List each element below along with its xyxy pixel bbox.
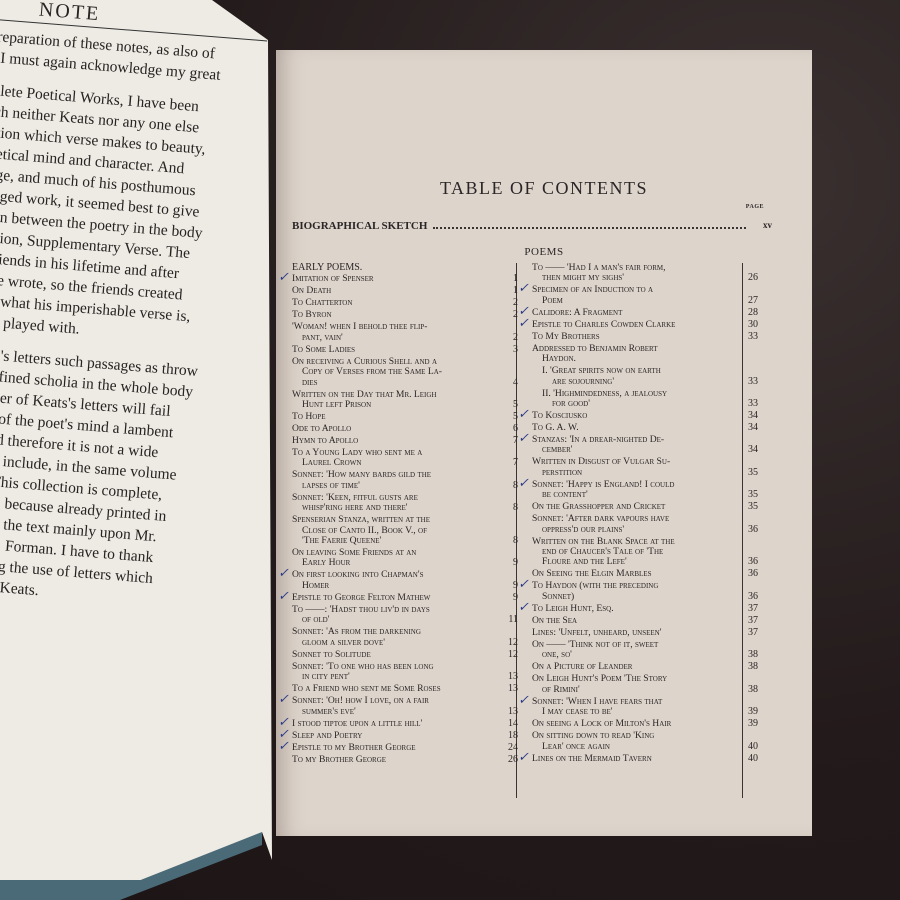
toc-entry-continuation: then might my sighs' xyxy=(532,273,732,283)
toc-entry: Ode to Apollo6 xyxy=(292,424,518,434)
handwritten-check-icon: ✓ xyxy=(518,695,529,705)
toc-entry-continuation: in city pent' xyxy=(292,672,492,682)
toc-entry: To My Brothers33 xyxy=(532,332,758,342)
table-of-contents: TABLE OF CONTENTS PAGE BIOGRAPHICAL SKET… xyxy=(276,50,812,836)
biographical-sketch-entry: BIOGRAPHICAL SKETCH xv xyxy=(292,220,752,232)
toc-entry-title: Hymn to Apollo xyxy=(292,436,492,446)
toc-entry-page-number: 36 xyxy=(748,569,758,579)
toc-entry: On sitting down to read 'KingLear' once … xyxy=(532,731,758,752)
toc-entry-title: EARLY POEMS. xyxy=(292,263,492,273)
toc-entry: ✓Sonnet: 'When I have fears thatI may ce… xyxy=(532,697,758,718)
toc-entry-continuation: I may cease to be' xyxy=(532,707,732,717)
toc-entry-title: On Seeing the Elgin Marbles xyxy=(532,569,732,579)
toc-entry: On leaving Some Friends at anEarly Hour9 xyxy=(292,548,518,569)
toc-entry-title: To Kosciusko xyxy=(532,411,732,421)
toc-entry-page-number: 12 xyxy=(508,650,518,660)
toc-entry: ✓To Haydon (with the precedingSonnet)36 xyxy=(532,581,758,602)
toc-entry-title: On the Sea xyxy=(532,616,732,626)
handwritten-check-icon: ✓ xyxy=(518,579,529,589)
toc-entry-page-number: 24 xyxy=(508,743,518,753)
toc-entry-page-number: 2 xyxy=(513,333,518,343)
toc-entry-title: Epistle to Charles Cowden Clarke xyxy=(532,320,732,330)
toc-entry-title: To G. A. W. xyxy=(532,423,732,433)
toc-entry-title: Epistle to my Brother George xyxy=(292,743,492,753)
handwritten-check-icon: ✓ xyxy=(518,409,529,419)
toc-entry: Sonnet: 'After dark vapours haveoppress'… xyxy=(532,514,758,535)
toc-entry: I. 'Great spirits now on earthare sojour… xyxy=(532,366,758,387)
toc-entry-continuation: lapses of time' xyxy=(292,481,492,491)
toc-entry-continuation: of old' xyxy=(292,615,492,625)
toc-entry-continuation: pant, vain' xyxy=(292,333,492,343)
toc-left-column: EARLY POEMS.✓Imitation of Spenser1On Dea… xyxy=(292,263,518,767)
toc-entry-title: To Some Ladies xyxy=(292,345,492,355)
toc-entry: ✓Sonnet: 'Oh! how I love, on a fairsumme… xyxy=(292,696,518,717)
toc-entry: ✓Imitation of Spenser1 xyxy=(292,274,518,284)
toc-entry-page-number: 39 xyxy=(748,719,758,729)
toc-entry: Addressed to Benjamin RobertHaydon. xyxy=(532,344,758,365)
toc-entry: To Hope5 xyxy=(292,412,518,422)
toc-entry: Written in Disgust of Vulgar Su-perstiti… xyxy=(532,457,758,478)
handwritten-check-icon: ✓ xyxy=(518,752,529,762)
toc-entry: Hymn to Apollo7 xyxy=(292,436,518,446)
toc-entry-continuation: Laurel Crown xyxy=(292,458,492,468)
toc-entry-page-number: 12 xyxy=(508,638,518,648)
toc-entry-title: I stood tiptoe upon a little hill' xyxy=(292,719,492,729)
toc-entry-title: On sitting down to read 'King xyxy=(532,731,732,741)
toc-entry-title: On the Grasshopper and Cricket xyxy=(532,502,732,512)
toc-entry-title: Sleep and Poetry xyxy=(292,731,492,741)
toc-section-heading: EARLY POEMS. xyxy=(292,263,518,273)
toc-entry-title: To a Friend who sent me Some Roses xyxy=(292,684,492,694)
toc-entry: To ——: 'Hadst thou liv'd in daysof old'1… xyxy=(292,605,518,626)
toc-entry-page-number: 8 xyxy=(513,503,518,513)
toc-entry: To a Friend who sent me Some Roses13 xyxy=(292,684,518,694)
toc-entry-page-number: 35 xyxy=(748,502,758,512)
toc-entry: To Byron2 xyxy=(292,310,518,320)
toc-entry-title: To my Brother George xyxy=(292,755,492,765)
toc-entry: Sonnet: 'How many bards gild thelapses o… xyxy=(292,470,518,491)
toc-entry-page-number: 36 xyxy=(748,525,758,535)
toc-entry: ✓Epistle to George Felton Mathew9 xyxy=(292,593,518,603)
toc-entry-page-number: 40 xyxy=(748,742,758,752)
toc-entry: II. 'Highmindedness, a jealousyfor good'… xyxy=(532,389,758,410)
handwritten-check-icon: ✓ xyxy=(278,591,289,601)
right-page: TABLE OF CONTENTS PAGE BIOGRAPHICAL SKET… xyxy=(276,50,812,836)
handwritten-check-icon: ✓ xyxy=(518,602,529,612)
poems-section-header: POEMS xyxy=(276,246,812,258)
toc-entry-page-number: 34 xyxy=(748,423,758,433)
toc-entry: ✓Epistle to my Brother George24 xyxy=(292,743,518,753)
toc-entry-page-number: 36 xyxy=(748,557,758,567)
toc-entry-page-number: 13 xyxy=(508,684,518,694)
toc-entry-continuation: are sojourning' xyxy=(542,377,732,387)
handwritten-check-icon: ✓ xyxy=(518,318,529,328)
toc-entry-title: Lines on the Mermaid Tavern xyxy=(532,754,732,764)
toc-entry: To Chatterton2 xyxy=(292,298,518,308)
toc-entry: On Seeing the Elgin Marbles36 xyxy=(532,569,758,579)
toc-entry: ✓Sleep and Poetry18 xyxy=(292,731,518,741)
handwritten-check-icon: ✓ xyxy=(518,283,529,293)
toc-entry-page-number: 33 xyxy=(748,399,758,409)
toc-entry: ✓On first looking into Chapman'sHomer9 xyxy=(292,570,518,591)
toc-entry: Sonnet: 'As from the darkeninggloom a si… xyxy=(292,627,518,648)
toc-entry-page-number: 35 xyxy=(748,490,758,500)
toc-entry: To Some Ladies3 xyxy=(292,345,518,355)
toc-entry-page-number: 26 xyxy=(748,273,758,283)
toc-entry-page-number: 26 xyxy=(508,755,518,765)
toc-entry-title: Calidore: A Fragment xyxy=(532,308,732,318)
toc-entry: Sonnet to Solitude12 xyxy=(292,650,518,660)
toc-entry-continuation: 'The Faerie Queene' xyxy=(292,536,492,546)
toc-entry-page-number: 8 xyxy=(513,536,518,546)
toc-entry-continuation: Sonnet) xyxy=(532,592,732,602)
handwritten-check-icon: ✓ xyxy=(278,568,289,578)
page-column-label: PAGE xyxy=(746,204,764,210)
toc-entry: ✓Sonnet: 'Happy is England! I couldbe co… xyxy=(532,480,758,501)
toc-entry-title: Lines: 'Unfelt, unheard, unseen' xyxy=(532,628,732,638)
toc-entry-continuation: Homer xyxy=(292,581,492,591)
toc-entry-title: To Hope xyxy=(292,412,492,422)
toc-entry: To —— 'Had I a man's fair form,then migh… xyxy=(532,263,758,284)
left-page-paragraph: Complete Poetical Works, I have beens wh… xyxy=(0,78,272,355)
handwritten-check-icon: ✓ xyxy=(278,741,289,751)
toc-entry-title: To Byron xyxy=(292,310,492,320)
toc-entry-page-number: 13 xyxy=(508,707,518,717)
toc-entry-page-number: 30 xyxy=(748,320,758,330)
toc-entry-continuation: be content' xyxy=(532,490,732,500)
toc-entry-continuation: one, so' xyxy=(532,650,732,660)
toc-entry-page-number: 7 xyxy=(513,458,518,468)
left-page: NOTE the preparation of these notes, as … xyxy=(0,0,272,880)
toc-entry-page-number: 18 xyxy=(508,731,518,741)
toc-entry-page-number: 37 xyxy=(748,604,758,614)
toc-entry-continuation: cember' xyxy=(532,445,732,455)
toc-entry-page-number: 33 xyxy=(748,332,758,342)
toc-entry-continuation: gloom a silver dove' xyxy=(292,638,492,648)
biographical-sketch-page: xv xyxy=(763,220,772,230)
toc-entry: Written on the Day that Mr. LeighHunt le… xyxy=(292,390,518,411)
toc-entry-continuation: dies xyxy=(292,378,492,388)
toc-entry: ✓Specimen of an Induction to aPoem27 xyxy=(532,285,758,306)
toc-entry-page-number: 38 xyxy=(748,650,758,660)
toc-entry: ✓To Kosciusko34 xyxy=(532,411,758,421)
toc-entry: To G. A. W.34 xyxy=(532,423,758,433)
toc-entry: On receiving a Curious Shell and aCopy o… xyxy=(292,357,518,388)
toc-entry-page-number: 36 xyxy=(748,592,758,602)
toc-entry-title: To Chatterton xyxy=(292,298,492,308)
toc-entry: ✓Lines on the Mermaid Tavern40 xyxy=(532,754,758,764)
toc-entry: 'Woman! when I behold thee flip-pant, va… xyxy=(292,322,518,343)
toc-entry: On the Sea37 xyxy=(532,616,758,626)
handwritten-check-icon: ✓ xyxy=(278,272,289,282)
toc-entry: Written on the Blank Space at theend of … xyxy=(532,537,758,568)
toc-entry-continuation: Hunt left Prison xyxy=(292,400,492,410)
toc-entry-page-number: 33 xyxy=(748,377,758,387)
toc-entry: ✓I stood tiptoe upon a little hill'14 xyxy=(292,719,518,729)
toc-entry-continuation: oppress'd our plains' xyxy=(532,525,732,535)
toc-entry: Lines: 'Unfelt, unheard, unseen'37 xyxy=(532,628,758,638)
toc-entry-page-number: 35 xyxy=(748,468,758,478)
toc-entry: On a Picture of Leander38 xyxy=(532,662,758,672)
toc-entry-title: To My Brothers xyxy=(532,332,732,342)
toc-entry-page-number: 38 xyxy=(748,685,758,695)
toc-entry-page-number: 4 xyxy=(513,378,518,388)
toc-entry: ✓Stanzas: 'In a drear-nighted De-cember'… xyxy=(532,435,758,456)
toc-entry-page-number: 37 xyxy=(748,616,758,626)
toc-entry-continuation: Poem xyxy=(532,296,732,306)
handwritten-check-icon: ✓ xyxy=(518,478,529,488)
toc-entry: On Leigh Hunt's Poem 'The Storyof Rimini… xyxy=(532,674,758,695)
toc-title: TABLE OF CONTENTS xyxy=(276,178,812,199)
left-page-text: NOTE the preparation of these notes, as … xyxy=(0,0,272,630)
toc-entry-page-number: 27 xyxy=(748,296,758,306)
left-page-paragraph: om Keats's letters such passages as thro… xyxy=(0,341,272,618)
toc-entry: Sonnet: 'Keen, fitful gusts arewhisp'rin… xyxy=(292,493,518,514)
toc-entry-page-number: 13 xyxy=(508,672,518,682)
toc-entry-page-number: 34 xyxy=(748,411,758,421)
toc-entry-title: On a Picture of Leander xyxy=(532,662,732,672)
toc-entry-title: Epistle to George Felton Mathew xyxy=(292,593,492,603)
toc-entry: On the Grasshopper and Cricket35 xyxy=(532,502,758,512)
toc-entry-continuation: perstition xyxy=(532,468,732,478)
toc-entry: Sonnet: 'To one who has been longin city… xyxy=(292,662,518,683)
toc-entry-page-number: 28 xyxy=(748,308,758,318)
toc-entry-continuation: summer's eve' xyxy=(292,707,492,717)
toc-entry-page-number: 14 xyxy=(508,719,518,729)
toc-entry: To my Brother George26 xyxy=(292,755,518,765)
toc-entry-continuation: for good' xyxy=(542,399,732,409)
handwritten-check-icon: ✓ xyxy=(278,694,289,704)
toc-entry-page-number: 9 xyxy=(513,558,518,568)
toc-entry-title: On Death xyxy=(292,286,492,296)
toc-entry: ✓Calidore: A Fragment28 xyxy=(532,308,758,318)
toc-entry-page-number: 11 xyxy=(508,615,518,625)
biographical-sketch-label: BIOGRAPHICAL SKETCH xyxy=(292,220,427,232)
toc-right-column: To —— 'Had I a man's fair form,then migh… xyxy=(532,263,758,766)
handwritten-check-icon: ✓ xyxy=(518,433,529,443)
toc-entry-continuation: Copy of Verses from the Same La- xyxy=(292,367,492,377)
toc-entry-title: Ode to Apollo xyxy=(292,424,492,434)
toc-entry: ✓To Leigh Hunt, Esq.37 xyxy=(532,604,758,614)
toc-entry-page-number: 34 xyxy=(748,445,758,455)
toc-entry: On Death1 xyxy=(292,286,518,296)
toc-entry-page-number: 37 xyxy=(748,628,758,638)
toc-entry-continuation: Floure and the Lefe' xyxy=(532,557,732,567)
toc-entry-continuation: Lear' once again xyxy=(532,742,732,752)
toc-entry-continuation: whisp'ring here and there' xyxy=(292,503,492,513)
leader-dots xyxy=(433,227,746,229)
toc-entry-title: To Leigh Hunt, Esq. xyxy=(532,604,732,614)
toc-entry: ✓Epistle to Charles Cowden Clarke30 xyxy=(532,320,758,330)
toc-entry-title: Imitation of Spenser xyxy=(292,274,492,284)
toc-entry-title: On seeing a Lock of Milton's Hair xyxy=(532,719,732,729)
toc-entry-continuation: Early Hour xyxy=(292,558,492,568)
toc-entry-title: Sonnet: 'Oh! how I love, on a fair xyxy=(292,696,492,706)
toc-entry: On seeing a Lock of Milton's Hair39 xyxy=(532,719,758,729)
toc-entry: Spenserian Stanza, written at theClose o… xyxy=(292,515,518,546)
toc-entry-page-number: 38 xyxy=(748,662,758,672)
toc-entry-page-number: 3 xyxy=(513,345,518,355)
toc-entry: To a Young Lady who sent me aLaurel Crow… xyxy=(292,448,518,469)
toc-entry: On —— 'Think not of it, sweetone, so'38 xyxy=(532,640,758,661)
toc-entry-page-number: 39 xyxy=(748,707,758,717)
toc-entry-continuation: Haydon. xyxy=(532,354,732,364)
toc-entry-title: Sonnet to Solitude xyxy=(292,650,492,660)
toc-entry-continuation: of Rimini' xyxy=(532,685,732,695)
toc-entry-page-number: 40 xyxy=(748,754,758,764)
